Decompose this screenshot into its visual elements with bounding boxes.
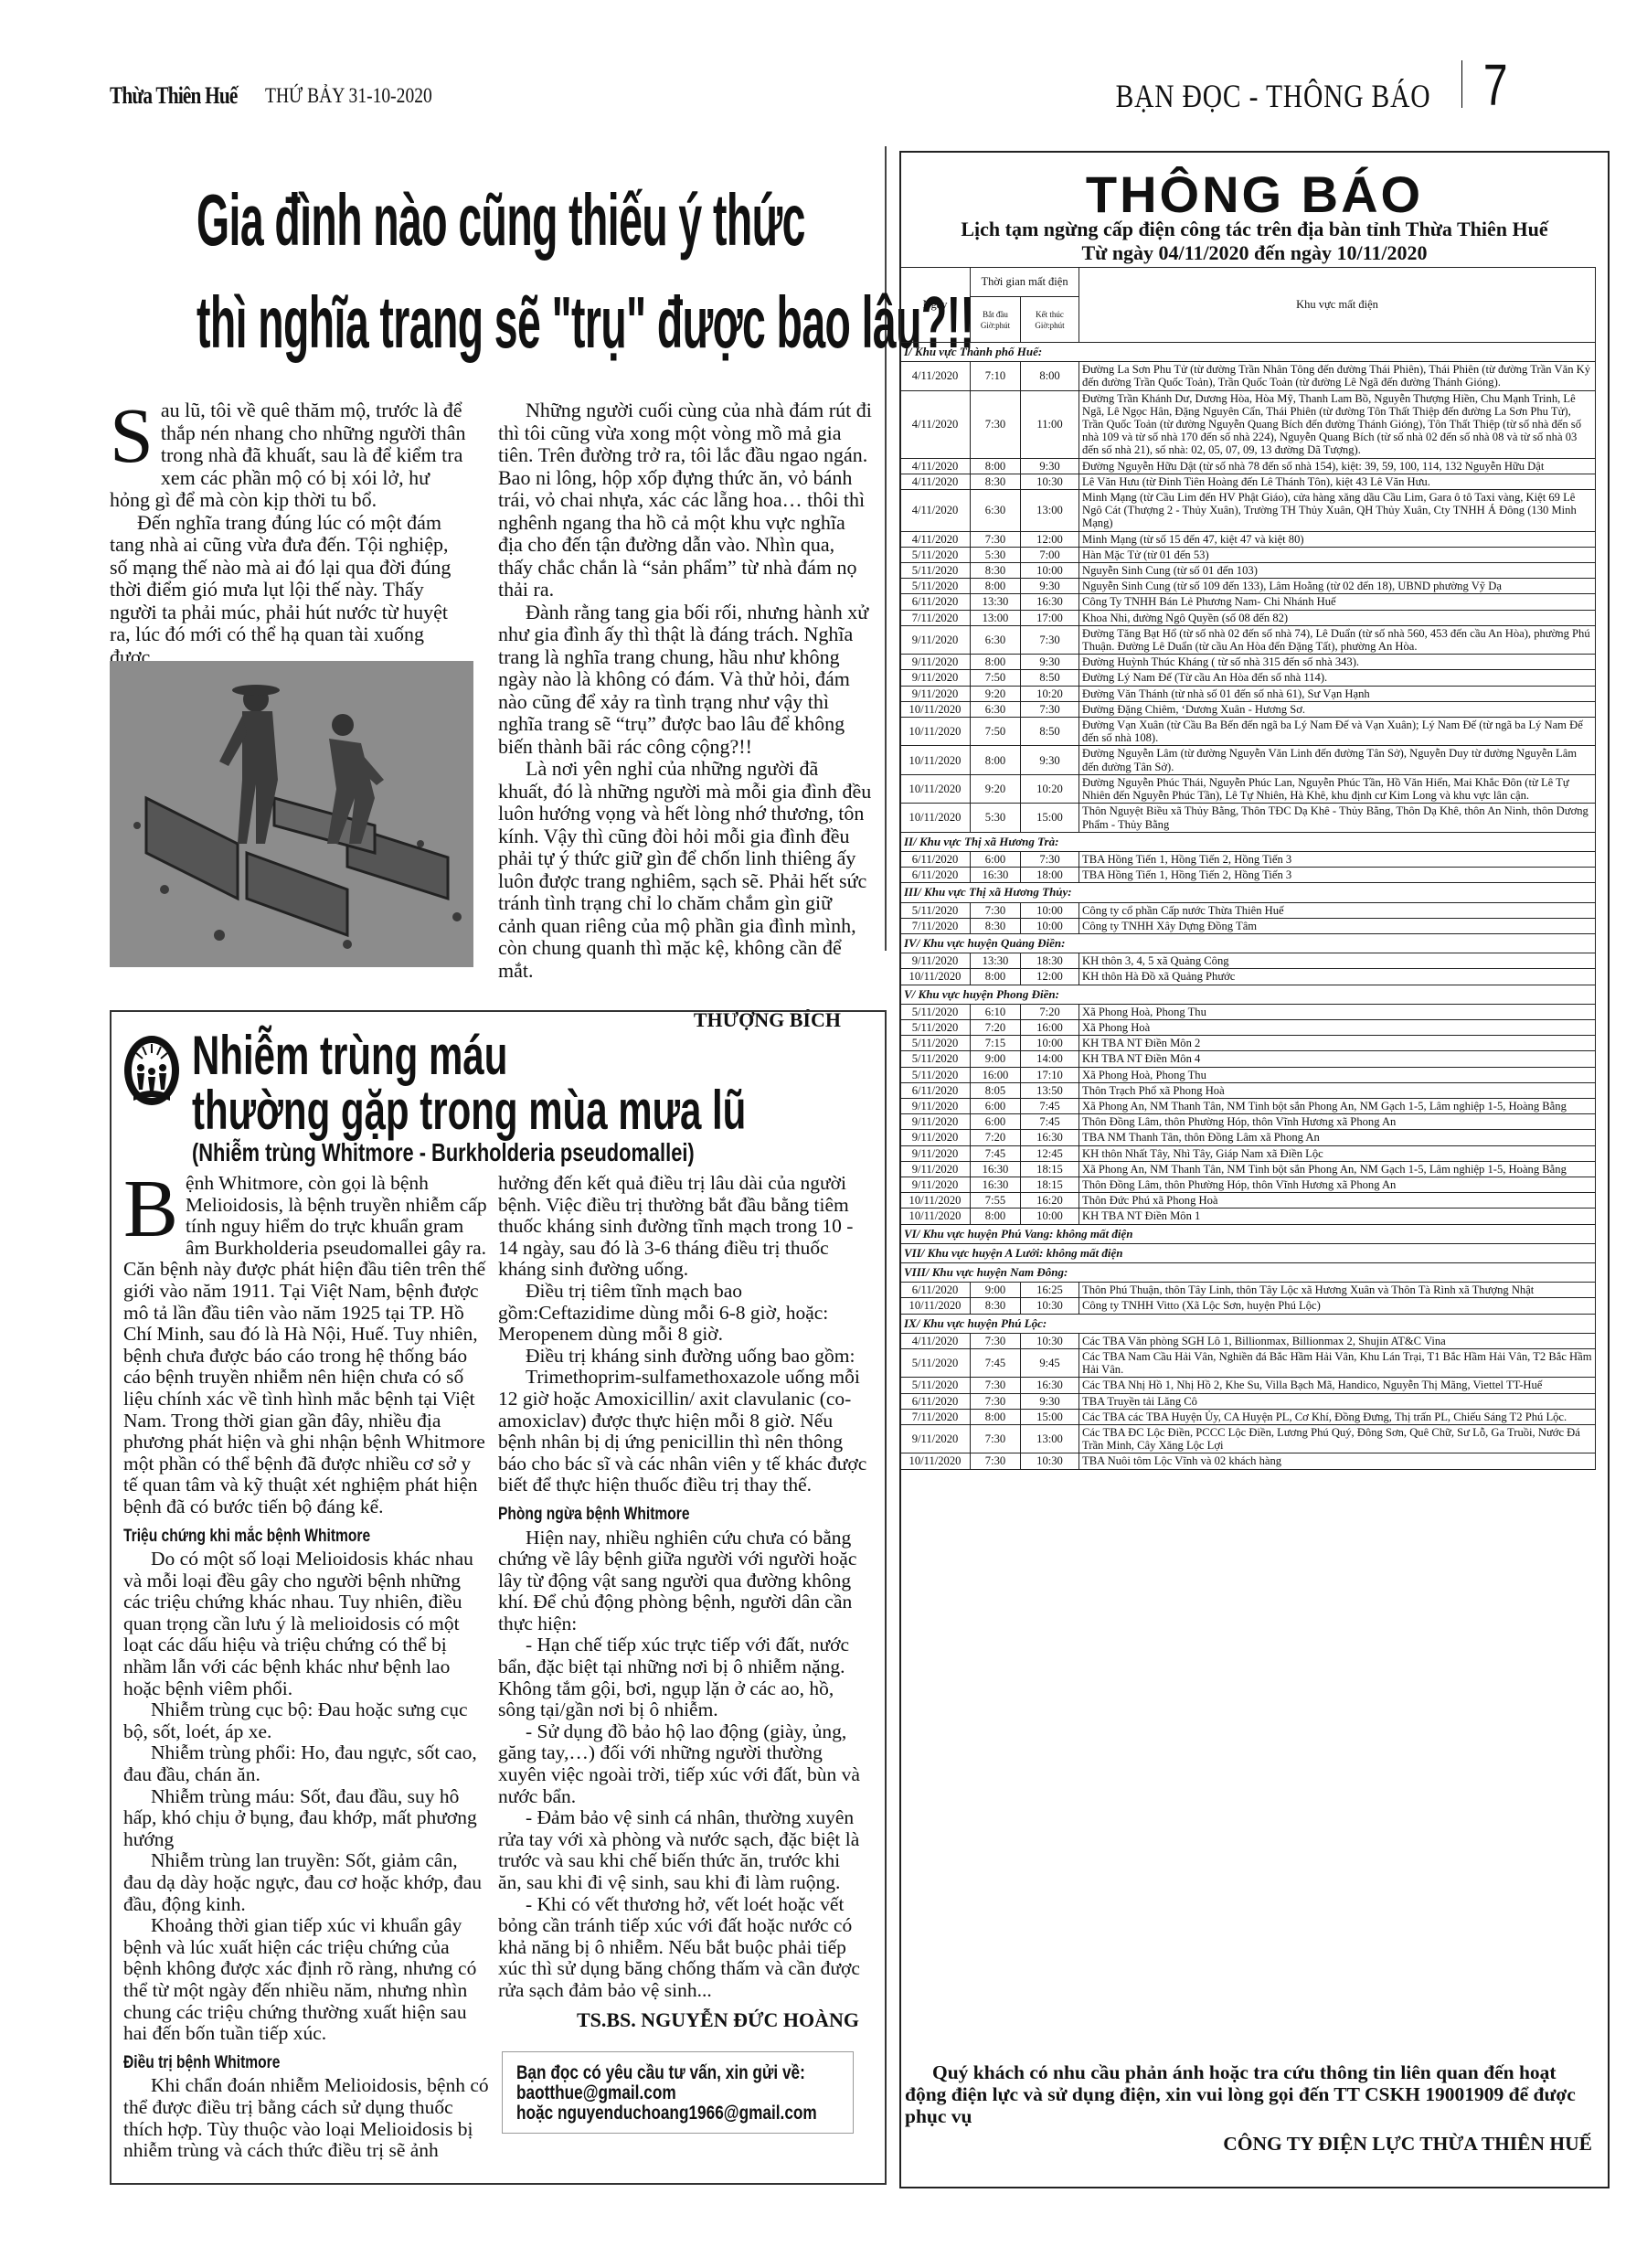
cell-end-time: 10:00: [1021, 563, 1079, 579]
article2-paragraph: Trimethoprim-sulfamethoxazole uống mỗi 1…: [498, 1367, 868, 1496]
table-row: 5/11/20205:307:00Hàn Mặc Tử (từ 01 đến 5…: [900, 547, 1596, 562]
cell-start-time: 7:30: [971, 1378, 1021, 1393]
cell-date: 6/11/2020: [900, 868, 971, 883]
region-header-row: I/ Khu vực Thành phố Huế:: [900, 343, 1596, 362]
cell-end-time: 10:00: [1021, 1036, 1079, 1051]
cell-date: 6/11/2020: [900, 1283, 971, 1298]
cell-start-time: 8:00: [971, 458, 1021, 474]
cell-start-time: 7:10: [971, 362, 1021, 390]
region-title: I/ Khu vực Thành phố Huế:: [900, 343, 1596, 362]
cell-start-time: 9:00: [971, 1051, 1021, 1067]
region-header-row: II/ Khu vực Thị xã Hương Trà:: [900, 832, 1596, 851]
cell-end-time: 13:00: [1021, 1425, 1079, 1453]
cell-date: 7/11/2020: [900, 1409, 971, 1424]
drop-cap: S: [110, 403, 154, 467]
cell-end-time: 18:15: [1021, 1177, 1079, 1192]
cell-area: Thôn Nguyệt Biều xã Thủy Bằng, Thôn TĐC …: [1079, 804, 1596, 832]
outage-schedule-table: Ngày Thời gian mất điện Khu vực mất điện…: [899, 267, 1596, 1470]
region-header-row: IV/ Khu vực huyện Quảng Điền:: [900, 933, 1596, 953]
cell-end-time: 10:00: [1021, 902, 1079, 918]
article2-paragraph: Hiện nay, nhiều nghiên cứu chưa có bằng …: [498, 1528, 868, 1635]
paragraph-text: au lũ, tôi về quê thăm mộ, trước là để t…: [110, 399, 466, 511]
cell-end-time: 7:45: [1021, 1098, 1079, 1113]
cell-area: Xã Phong Hoà: [1079, 1019, 1596, 1035]
cell-date: 10/11/2020: [900, 1298, 971, 1314]
cell-area: Thôn Trạch Phổ xã Phong Hoà: [1079, 1082, 1596, 1098]
table-row: 4/11/20206:3013:00Minh Mạng (từ Cầu Lim …: [900, 490, 1596, 532]
cell-date: 4/11/2020: [900, 1333, 971, 1348]
table-row: 9/11/202016:3018:15Thôn Đồng Lâm, thôn P…: [900, 1177, 1596, 1192]
cell-area: Xã Phong An, NM Thanh Tân, NM Tinh bột s…: [1079, 1098, 1596, 1113]
article2-paragraph: Khi chẩn đoán nhiễm Melioidosis, bệnh có…: [123, 2075, 489, 2161]
article2-paragraph: Nhiễm trùng cục bộ: Đau hoặc sưng cục bộ…: [123, 1699, 489, 1742]
table-row: 5/11/20209:0014:00KH TBA NT Điền Môn 4: [900, 1051, 1596, 1067]
cell-end-time: 10:00: [1021, 918, 1079, 933]
table-row: 10/11/20208:0012:00KH thôn Hà Đồ xã Quản…: [900, 969, 1596, 985]
prevention-bullet: - Hạn chế tiếp xúc trực tiếp với đất, nư…: [498, 1634, 868, 1720]
cell-end-time: 18:30: [1021, 953, 1079, 969]
cell-date: 9/11/2020: [900, 1425, 971, 1453]
contact-prompt: Bạn đọc có yêu cầu tư vấn, xin gửi về:: [516, 2063, 792, 2083]
cell-area: Đường Đặng Chiêm, ‘Dương Xuân - Hương Sơ…: [1079, 701, 1596, 717]
cell-end-time: 9:30: [1021, 458, 1079, 474]
cell-end-time: 9:30: [1021, 746, 1079, 774]
cell-end-time: 12:00: [1021, 969, 1079, 985]
article1-paragraph: Những người cuối cùng của nhà đám rút đi…: [498, 399, 873, 602]
prevention-bullet: - Khi có vết thương hở, vết loét hoặc vế…: [498, 1894, 868, 2002]
cell-area: Đường Vạn Xuân (từ Cầu Ba Bến đến ngã ba…: [1079, 718, 1596, 746]
cell-start-time: 6:30: [971, 625, 1021, 654]
cell-date: 10/11/2020: [900, 1453, 971, 1469]
cell-start-time: 16:30: [971, 1161, 1021, 1177]
cell-end-time: 15:00: [1021, 1409, 1079, 1424]
table-row: 10/11/20205:3015:00Thôn Nguyệt Biều xã T…: [900, 804, 1596, 832]
cell-start-time: 9:00: [971, 1283, 1021, 1298]
cell-start-time: 7:30: [971, 390, 1021, 458]
table-row: 9/11/20207:4512:45KH thôn Nhất Tây, Nhì …: [900, 1145, 1596, 1161]
cell-date: 6/11/2020: [900, 1393, 971, 1409]
region-title: III/ Khu vực Thị xã Hương Thủy:: [900, 883, 1596, 902]
cell-end-time: 12:00: [1021, 531, 1079, 547]
cell-date: 5/11/2020: [900, 1378, 971, 1393]
cell-start-time: 7:30: [971, 902, 1021, 918]
table-row: 4/11/20208:009:30Đường Nguyễn Hữu Dật (t…: [900, 458, 1596, 474]
cell-area: Đường Tăng Bạt Hổ (từ số nhà 02 đến số n…: [1079, 625, 1596, 654]
cell-area: TBA NM Thanh Tân, thôn Đồng Lâm xã Phong…: [1079, 1130, 1596, 1145]
table-row: 5/11/20207:3010:00Công ty cổ phần Cấp nư…: [900, 902, 1596, 918]
headline-line-1: Nhiễm trùng máu: [192, 1028, 746, 1083]
column-header-time: Thời gian mất điện: [971, 268, 1079, 297]
article2-paragraph: Do có một số loại Melioidosis khác nhau …: [123, 1549, 489, 1699]
cell-end-time: 13:50: [1021, 1082, 1079, 1098]
column-header-start: Bắt đầu Giờ:phút: [971, 297, 1021, 343]
cell-start-time: 6:00: [971, 851, 1021, 867]
cell-start-time: 16:30: [971, 868, 1021, 883]
cell-end-time: 16:00: [1021, 1019, 1079, 1035]
region-title: VII/ Khu vực huyện A Lưới: không mất điệ…: [900, 1243, 1596, 1262]
cell-area: Các TBA Văn phòng SGH Lô 1, Billionmax, …: [1079, 1333, 1596, 1348]
cell-end-time: 10:30: [1021, 1298, 1079, 1314]
cell-end-time: 11:00: [1021, 390, 1079, 458]
prevention-bullet: - Sử dụng đồ bảo hộ lao động (giày, ủng,…: [498, 1721, 868, 1807]
cell-area: Thôn Đồng Lâm, thôn Phường Hóp, thôn Vĩn…: [1079, 1177, 1596, 1192]
table-row: 4/11/20207:3011:00Đường Trần Khánh Dư, D…: [900, 390, 1596, 458]
cell-area: Khoa Nhi, đường Ngô Quyền (số 08 đến 82): [1079, 610, 1596, 625]
section-heading-prevention: Phòng ngừa bệnh Whitmore: [498, 1504, 802, 1526]
column-header-area: Khu vực mất điện: [1079, 268, 1596, 343]
cell-start-time: 7:20: [971, 1019, 1021, 1035]
cell-start-time: 8:30: [971, 474, 1021, 489]
region-header-row: III/ Khu vực Thị xã Hương Thủy:: [900, 883, 1596, 902]
cell-start-time: 9:20: [971, 686, 1021, 701]
table-row: 5/11/20207:459:45Các TBA Nam Cầu Hải Vân…: [900, 1349, 1596, 1378]
family-health-logo-icon: [119, 1031, 185, 1110]
cell-area: Các TBA ĐC Lộc Điền, PCCC Lộc Điền, Lươn…: [1079, 1425, 1596, 1453]
article2-paragraph: Khoảng thời gian tiếp xúc vi khuẩn gây b…: [123, 1915, 489, 2045]
cell-start-time: 13:30: [971, 953, 1021, 969]
notice-subtitle: Lịch tạm ngừng cấp điện công tác trên đị…: [899, 218, 1610, 265]
table-row: 9/11/202016:3018:15Xã Phong An, NM Thanh…: [900, 1161, 1596, 1177]
cell-end-time: 10:30: [1021, 474, 1079, 489]
notice-signature: CÔNG TY ĐIỆN LỰC THỪA THIÊN HUẾ: [905, 2133, 1599, 2155]
cell-area: Đường Trần Khánh Dư, Dương Hòa, Hòa Mỹ, …: [1079, 390, 1596, 458]
article2-paragraph: hưởng đến kết quả điều trị lâu dài của n…: [498, 1173, 868, 1281]
table-row: 9/11/20208:009:30Đường Huỳnh Thúc Kháng …: [900, 655, 1596, 670]
cell-date: 10/11/2020: [900, 1209, 971, 1224]
cell-end-time: 16:30: [1021, 594, 1079, 610]
region-header-row: VI/ Khu vực huyện Phú Vang: không mất đi…: [900, 1224, 1596, 1243]
cell-start-time: 6:30: [971, 701, 1021, 717]
region-title: IV/ Khu vực huyện Quảng Điền:: [900, 933, 1596, 953]
cell-date: 10/11/2020: [900, 746, 971, 774]
cell-date: 10/11/2020: [900, 718, 971, 746]
cell-end-time: 16:30: [1021, 1378, 1079, 1393]
table-row: 6/11/20208:0513:50Thôn Trạch Phổ xã Phon…: [900, 1082, 1596, 1098]
table-row: 9/11/202013:3018:30KH thôn 3, 4, 5 xã Qu…: [900, 953, 1596, 969]
cell-end-time: 18:15: [1021, 1161, 1079, 1177]
cell-end-time: 14:00: [1021, 1051, 1079, 1067]
cell-date: 4/11/2020: [900, 490, 971, 532]
cell-date: 10/11/2020: [900, 969, 971, 985]
cell-start-time: 8:00: [971, 1409, 1021, 1424]
headline-line-2: thì nghĩa trang sẽ "trụ" được bao lâu?!!: [197, 272, 897, 374]
masthead: Thừa Thiên Huế THỨ BẢY 31-10-2020 BẠN ĐỌ…: [110, 80, 1535, 117]
table-row: 5/11/202016:0017:10Xã Phong Hoà, Phong T…: [900, 1067, 1596, 1082]
cell-area: Thôn Đức Phú xã Phong Hoà: [1079, 1193, 1596, 1209]
cell-start-time: 6:00: [971, 1114, 1021, 1130]
cell-area: Lê Văn Hưu (từ Đinh Tiên Hoàng đến Lê Th…: [1079, 474, 1596, 489]
table-row: 7/11/20208:0015:00Các TBA các TBA Huyện …: [900, 1409, 1596, 1424]
region-header-row: VIII/ Khu vực huyện Nam Đông:: [900, 1262, 1596, 1282]
headline-line-1: Gia đình nào cũng thiếu ý thức: [197, 169, 897, 272]
cell-start-time: 7:30: [971, 1425, 1021, 1453]
cell-start-time: 8:00: [971, 655, 1021, 670]
cell-area: TBA Nuôi tôm Lộc Vĩnh và 02 khách hàng: [1079, 1453, 1596, 1469]
cell-date: 5/11/2020: [900, 1051, 971, 1067]
table-row: 5/11/20207:3016:30Các TBA Nhị Hồ 1, Nhị …: [900, 1378, 1596, 1393]
table-row: 10/11/20208:3010:30Công ty TNHH Vitto (X…: [900, 1298, 1596, 1314]
cell-start-time: 7:30: [971, 531, 1021, 547]
region-title: IX/ Khu vực huyện Phú Lộc:: [900, 1314, 1596, 1333]
cell-date: 9/11/2020: [900, 655, 971, 670]
cell-start-time: 8:30: [971, 918, 1021, 933]
cell-start-time: 7:50: [971, 670, 1021, 686]
table-row: 6/11/20209:0016:25Thôn Phú Thuận, thôn T…: [900, 1283, 1596, 1298]
cell-area: Đường Nguyễn Hữu Dật (từ số nhà 78 đến s…: [1079, 458, 1596, 474]
notice-title: THÔNG BÁO: [899, 165, 1610, 224]
table-row: 10/11/20209:2010:20Đường Nguyễn Phúc Thá…: [900, 774, 1596, 803]
cell-date: 9/11/2020: [900, 1114, 971, 1130]
cell-end-time: 12:45: [1021, 1145, 1079, 1161]
notice-date-range: Từ ngày 04/11/2020 đến ngày 10/11/2020: [899, 241, 1610, 265]
cell-start-time: 16:30: [971, 1177, 1021, 1192]
table-row: 10/11/20207:5516:20Thôn Đức Phú xã Phong…: [900, 1193, 1596, 1209]
cell-start-time: 8:00: [971, 746, 1021, 774]
cell-start-time: 7:15: [971, 1036, 1021, 1051]
table-row: 4/11/20207:3012:00Minh Mạng (từ số 15 đế…: [900, 531, 1596, 547]
article2-paragraph: Bệnh Whitmore, còn gọi là bệnh Melioidos…: [123, 1173, 489, 1518]
notice-subtitle-line-1: Lịch tạm ngừng cấp điện công tác trên đị…: [899, 218, 1610, 241]
table-row: 9/11/20207:2016:30TBA NM Thanh Tân, thôn…: [900, 1130, 1596, 1145]
contact-email-2[interactable]: hoặc nguyenduchoang1966@gmail.com: [516, 2103, 792, 2124]
cell-end-time: 10:30: [1021, 1453, 1079, 1469]
table-row: 4/11/20207:108:00Đường La Sơn Phu Tử (từ…: [900, 362, 1596, 390]
cell-date: 5/11/2020: [900, 1067, 971, 1082]
cell-date: 9/11/2020: [900, 1161, 971, 1177]
table-row: 9/11/20207:508:50Đường Lý Nam Đế (Từ cầu…: [900, 670, 1596, 686]
cell-end-time: 16:30: [1021, 1130, 1079, 1145]
cell-area: Xã Phong Hoà, Phong Thu: [1079, 1004, 1596, 1019]
region-header-row: VII/ Khu vực huyện A Lưới: không mất điệ…: [900, 1243, 1596, 1262]
drop-cap: B: [123, 1177, 178, 1242]
notice-footer: Quý khách có nhu cầu phản ánh hoặc tra c…: [905, 2061, 1599, 2155]
prevention-bullet: - Đảm bảo vệ sinh cá nhân, thường xuyên …: [498, 1807, 868, 1893]
table-row: 9/11/20207:3013:00Các TBA ĐC Lộc Điền, P…: [900, 1425, 1596, 1453]
cell-date: 9/11/2020: [900, 670, 971, 686]
cell-date: 4/11/2020: [900, 458, 971, 474]
region-title: VI/ Khu vực huyện Phú Vang: không mất đi…: [900, 1224, 1596, 1243]
issue-date: THỨ BẢY 31-10-2020: [265, 84, 432, 108]
article2-paragraph: Nhiễm trùng lan truyền: Sốt, giảm cân, đ…: [123, 1850, 489, 1915]
cell-start-time: 8:00: [971, 969, 1021, 985]
table-header: Ngày Thời gian mất điện Khu vực mất điện…: [900, 268, 1596, 343]
cell-end-time: 7:20: [1021, 1004, 1079, 1019]
page-number: 7: [1483, 51, 1508, 119]
cell-start-time: 7:45: [971, 1349, 1021, 1378]
cell-end-time: 7:30: [1021, 625, 1079, 654]
article2-paragraph: Điều trị kháng sinh đường uống bao gồm:: [498, 1346, 868, 1368]
cell-area: KH TBA NT Điền Môn 4: [1079, 1051, 1596, 1067]
table-row: 5/11/20207:2016:00Xã Phong Hoà: [900, 1019, 1596, 1035]
cell-date: 9/11/2020: [900, 1145, 971, 1161]
cell-area: Công ty TNHH Vitto (Xã Lộc Sơn, huyện Ph…: [1079, 1298, 1596, 1314]
cell-date: 6/11/2020: [900, 1082, 971, 1098]
table-row: 5/11/20207:1510:00KH TBA NT Điền Môn 2: [900, 1036, 1596, 1051]
article1-column-2: Những người cuối cùng của nhà đám rút đi…: [498, 399, 873, 1032]
cell-area: Xã Phong An, NM Thanh Tân, NM Tinh bột s…: [1079, 1161, 1596, 1177]
cell-end-time: 17:00: [1021, 610, 1079, 625]
table-row: 10/11/20208:0010:00KH TBA NT Điền Môn 1: [900, 1209, 1596, 1224]
cell-area: Đường Văn Thánh (từ nhà số 01 đến số nhà…: [1079, 686, 1596, 701]
table-row: 9/11/20206:307:30Đường Tăng Bạt Hổ (từ s…: [900, 625, 1596, 654]
cell-area: Hàn Mặc Tử (từ 01 đến 53): [1079, 547, 1596, 562]
article1-paragraph: Là nơi yên nghỉ của những người đã khuất…: [498, 758, 873, 982]
cell-end-time: 13:00: [1021, 490, 1079, 532]
cell-end-time: 9:30: [1021, 655, 1079, 670]
cell-area: KH TBA NT Điền Môn 1: [1079, 1209, 1596, 1224]
cell-area: KH TBA NT Điền Môn 2: [1079, 1036, 1596, 1051]
cell-date: 9/11/2020: [900, 625, 971, 654]
cell-end-time: 15:00: [1021, 804, 1079, 832]
cell-area: Đường La Sơn Phu Tử (từ đường Trần Nhân …: [1079, 362, 1596, 390]
health-column-logo: [119, 1031, 185, 1110]
cell-start-time: 16:00: [971, 1067, 1021, 1082]
article2-paragraph: Nhiễm trùng máu: Sốt, đau đầu, suy hô hấ…: [123, 1786, 489, 1851]
cell-start-time: 6:10: [971, 1004, 1021, 1019]
cell-start-time: 6:30: [971, 490, 1021, 532]
cell-area: Nguyễn Sinh Cung (từ số 01 đến 103): [1079, 563, 1596, 579]
column-header-date: Ngày: [900, 268, 971, 343]
cell-area: TBA Truyền tải Lăng Cô: [1079, 1393, 1596, 1409]
article1-paragraph: Đành rằng tang gia bối rối, nhưng hành x…: [498, 602, 873, 759]
article2-column-2: hưởng đến kết quả điều trị lâu dài của n…: [498, 1173, 868, 2030]
cell-end-time: 10:30: [1021, 1333, 1079, 1348]
headline-line-2: thường gặp trong mùa mưa lũ: [192, 1083, 746, 1138]
contact-email-1[interactable]: baotthue@gmail.com: [516, 2083, 792, 2103]
cell-date: 4/11/2020: [900, 390, 971, 458]
cell-date: 10/11/2020: [900, 804, 971, 832]
cell-start-time: 7:55: [971, 1193, 1021, 1209]
cell-start-time: 13:30: [971, 594, 1021, 610]
cell-area: Minh Mạng (từ Cầu Lim đến HV Phật Giáo),…: [1079, 490, 1596, 532]
cell-area: Nguyễn Sinh Cung (từ số 109 đến 133), Lâ…: [1079, 579, 1596, 594]
cell-date: 5/11/2020: [900, 902, 971, 918]
article1-column-1: Sau lũ, tôi về quê thăm mộ, trước là để …: [110, 399, 471, 668]
table-row: 7/11/20208:3010:00Công ty TNHH Xây Dựng …: [900, 918, 1596, 933]
region-title: II/ Khu vực Thị xã Hương Trà:: [900, 832, 1596, 851]
cell-start-time: 7:20: [971, 1130, 1021, 1145]
cell-date: 5/11/2020: [900, 563, 971, 579]
cell-area: Xã Phong Hoà, Phong Thu: [1079, 1067, 1596, 1082]
article1-paragraph: Đến nghĩa trang đúng lúc có một đám tang…: [110, 512, 471, 669]
article1-illustration: [110, 661, 473, 967]
cell-date: 5/11/2020: [900, 579, 971, 594]
cell-area: KH thôn Nhất Tây, Nhì Tây, Giáp Nam xã Đ…: [1079, 1145, 1596, 1161]
table-row: 6/11/20206:007:30TBA Hồng Tiến 1, Hồng T…: [900, 851, 1596, 867]
reader-contact-box: Bạn đọc có yêu cầu tư vấn, xin gửi về: b…: [502, 2051, 854, 2134]
cell-end-time: 9:30: [1021, 1393, 1079, 1409]
health-article-subhead: (Nhiễm trùng Whitmore - Burkholderia pse…: [192, 1138, 695, 1167]
cell-start-time: 8:30: [971, 1298, 1021, 1314]
cell-date: 10/11/2020: [900, 1193, 971, 1209]
cell-area: Đường Huỳnh Thúc Kháng ( từ số nhà 315 đ…: [1079, 655, 1596, 670]
cell-end-time: 18:00: [1021, 868, 1079, 883]
cell-area: KH thôn Hà Đồ xã Quảng Phước: [1079, 969, 1596, 985]
table-body: I/ Khu vực Thành phố Huế:4/11/20207:108:…: [900, 343, 1596, 1470]
cell-date: 9/11/2020: [900, 686, 971, 701]
cell-date: 5/11/2020: [900, 1349, 971, 1378]
cell-date: 5/11/2020: [900, 547, 971, 562]
table-row: 9/11/20209:2010:20Đường Văn Thánh (từ nh…: [900, 686, 1596, 701]
cell-end-time: 7:00: [1021, 547, 1079, 562]
cell-date: 4/11/2020: [900, 362, 971, 390]
cell-end-time: 7:30: [1021, 851, 1079, 867]
cell-start-time: 13:00: [971, 610, 1021, 625]
region-header-row: V/ Khu vực huyện Phong Điền:: [900, 985, 1596, 1004]
cell-date: 10/11/2020: [900, 774, 971, 803]
cell-area: KH thôn 3, 4, 5 xã Quảng Công: [1079, 953, 1596, 969]
cell-end-time: 8:00: [1021, 362, 1079, 390]
cell-end-time: 16:20: [1021, 1193, 1079, 1209]
cell-end-time: 8:50: [1021, 718, 1079, 746]
article1-headline: Gia đình nào cũng thiếu ý thức thì nghĩa…: [197, 169, 897, 374]
table-row: 6/11/202013:3016:30Công Ty TNHH Bán Lẻ P…: [900, 594, 1596, 610]
table-row: 10/11/20208:009:30Đường Nguyễn Lâm (từ đ…: [900, 746, 1596, 774]
cell-end-time: 10:20: [1021, 686, 1079, 701]
cell-area: Công Ty TNHH Bán Lẻ Phương Nam- Chi Nhán…: [1079, 594, 1596, 610]
cell-area: Các TBA Nam Cầu Hải Vân, Nghiền đá Bắc H…: [1079, 1349, 1596, 1378]
cell-date: 9/11/2020: [900, 953, 971, 969]
cell-date: 6/11/2020: [900, 851, 971, 867]
article2-paragraph: Điều trị tiêm tĩnh mạch bao gồm:Ceftazid…: [498, 1281, 868, 1346]
cell-date: 7/11/2020: [900, 918, 971, 933]
article2-paragraph: Nhiễm trùng phổi: Ho, đau ngực, sốt cao,…: [123, 1742, 489, 1785]
cell-date: 5/11/2020: [900, 1004, 971, 1019]
cell-end-time: 8:50: [1021, 670, 1079, 686]
cell-area: TBA Hồng Tiến 1, Hồng Tiến 2, Hồng Tiến …: [1079, 868, 1596, 883]
cell-date: 10/11/2020: [900, 701, 971, 717]
cell-area: Thôn Phú Thuận, thôn Tây Linh, thôn Tây …: [1079, 1283, 1596, 1298]
cell-start-time: 7:30: [971, 1453, 1021, 1469]
cell-date: 4/11/2020: [900, 531, 971, 547]
table-row: 7/11/202013:0017:00Khoa Nhi, đường Ngô Q…: [900, 610, 1596, 625]
cell-date: 6/11/2020: [900, 594, 971, 610]
cell-area: Đường Lý Nam Đế (Từ cầu An Hòa đến số nh…: [1079, 670, 1596, 686]
cell-start-time: 8:00: [971, 579, 1021, 594]
cell-area: Đường Nguyễn Phúc Thái, Nguyễn Phúc Lan,…: [1079, 774, 1596, 803]
cell-start-time: 6:00: [971, 1098, 1021, 1113]
table-row: 5/11/20208:009:30Nguyễn Sinh Cung (từ số…: [900, 579, 1596, 594]
cell-start-time: 7:50: [971, 718, 1021, 746]
table-row: 5/11/20208:3010:00Nguyễn Sinh Cung (từ s…: [900, 563, 1596, 579]
article2-column-1: Bệnh Whitmore, còn gọi là bệnh Melioidos…: [123, 1173, 489, 2162]
cell-area: Thôn Đồng Lâm, thôn Phường Hóp, thôn Vĩn…: [1079, 1114, 1596, 1130]
cemetery-workers-illustration-icon: [110, 661, 473, 967]
section-heading-symptoms: Triệu chứng khi mắc bệnh Whitmore: [123, 1526, 423, 1548]
cell-start-time: 8:30: [971, 563, 1021, 579]
region-header-row: IX/ Khu vực huyện Phú Lộc:: [900, 1314, 1596, 1333]
cell-area: Công ty TNHH Xây Dựng Đồng Tâm: [1079, 918, 1596, 933]
table-row: 4/11/20207:3010:30Các TBA Văn phòng SGH …: [900, 1333, 1596, 1348]
cell-date: 4/11/2020: [900, 474, 971, 489]
masthead-divider: [1461, 60, 1463, 108]
table-row: 5/11/20206:107:20Xã Phong Hoà, Phong Thu: [900, 1004, 1596, 1019]
table-row: 9/11/20206:007:45Xã Phong An, NM Thanh T…: [900, 1098, 1596, 1113]
cell-area: Công ty cổ phần Cấp nước Thừa Thiên Huế: [1079, 902, 1596, 918]
cell-date: 9/11/2020: [900, 1130, 971, 1145]
article1-paragraph: Sau lũ, tôi về quê thăm mộ, trước là để …: [110, 399, 471, 512]
cell-start-time: 8:05: [971, 1082, 1021, 1098]
table-row: 9/11/20206:007:45Thôn Đồng Lâm, thôn Phư…: [900, 1114, 1596, 1130]
cell-date: 9/11/2020: [900, 1177, 971, 1192]
cell-date: 7/11/2020: [900, 610, 971, 625]
cell-end-time: 9:30: [1021, 579, 1079, 594]
cell-area: TBA Hồng Tiến 1, Hồng Tiến 2, Hồng Tiến …: [1079, 851, 1596, 867]
cell-area: Đường Nguyễn Lâm (từ đường Nguyễn Văn Li…: [1079, 746, 1596, 774]
cell-date: 5/11/2020: [900, 1036, 971, 1051]
customer-service-note: Quý khách có nhu cầu phản ánh hoặc tra c…: [905, 2061, 1599, 2127]
cell-date: 9/11/2020: [900, 1098, 971, 1113]
